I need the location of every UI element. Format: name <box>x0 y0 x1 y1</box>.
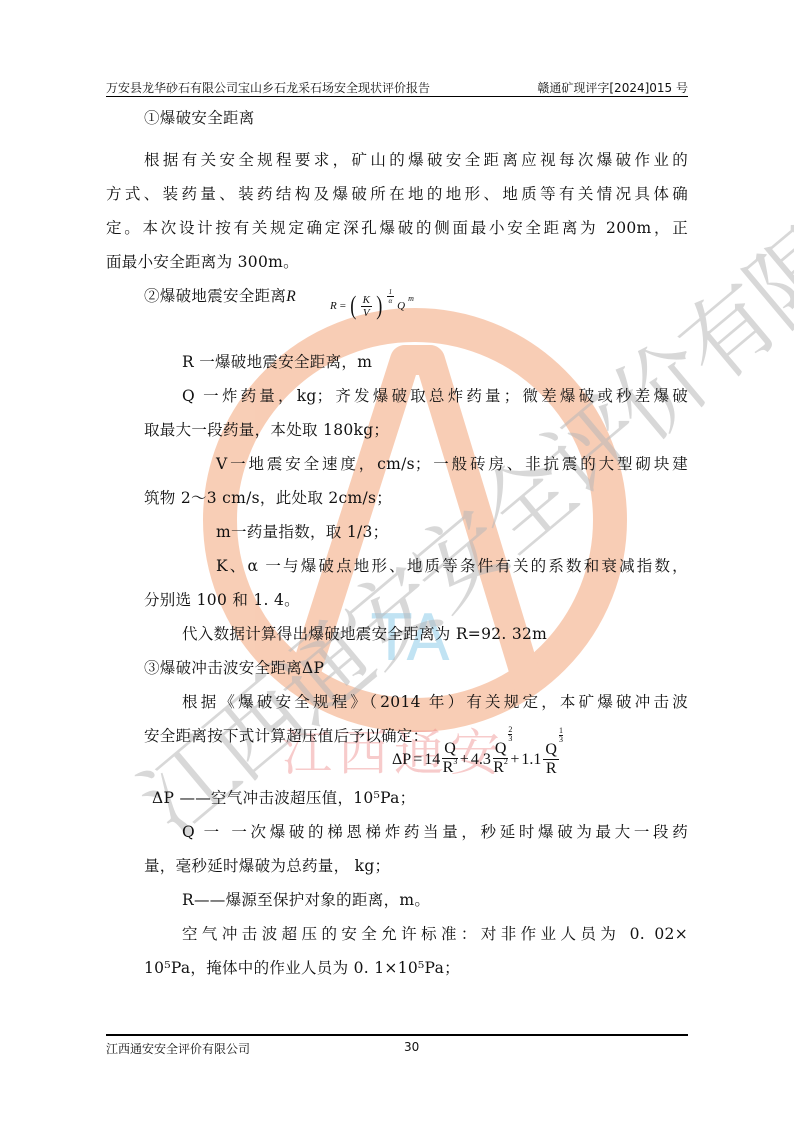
formula-q: Q <box>397 300 405 312</box>
numerator: Q13 <box>543 741 559 760</box>
exp-den: 3 <box>559 736 563 744</box>
footer-divider <box>106 1034 688 1036</box>
exp-den: 3 <box>508 735 512 743</box>
fraction-k-over-v: K V <box>361 294 372 319</box>
paragraph-line: 安全距离按下式计算超压值后予以确定： <box>144 726 428 746</box>
formula-equals: = <box>340 300 346 312</box>
term-2-fraction: Q23 R2 <box>493 740 509 779</box>
formula-q-exponent: m <box>408 294 414 303</box>
seismic-distance-formula: R = ( K V ) 1 α Qm <box>330 293 414 319</box>
definition-line: ΔP ——空气冲击波超压值，10⁵Pa； <box>152 788 415 808</box>
denominator: R2 <box>493 759 508 779</box>
numerator-exponent: 13 <box>559 727 563 744</box>
plus-sign: + <box>510 751 519 769</box>
definition-line: Q 一炸药量，kg；齐发爆破取总炸药量；微差爆破或秒差爆破 <box>106 386 688 406</box>
definition-line: 取最大一段药量，本处取 180kg； <box>144 420 389 440</box>
page-footer: 江西通安安全评价有限公司 30 <box>106 1040 688 1058</box>
coefficient-2: 4.3 <box>471 751 491 769</box>
definition-line: K、α 一与爆破点地形、地质等条件有关的系数和衰减指数， <box>106 556 688 576</box>
denominator: R <box>546 760 557 778</box>
definition-line: 筑物 2～3 cm/s，此处取 2cm/s； <box>144 488 392 508</box>
section-heading-shockwave-safety-distance: ③爆破冲击波安全距离ΔP <box>144 658 324 678</box>
report-title: 万安县龙华砂石有限公司宝山乡石龙采石场安全现状评价报告 <box>106 79 430 96</box>
paragraph-line: 定。本次设计按有关规定确定深孔爆破的侧面最小安全距离为 200m，正 <box>106 218 688 238</box>
numerator-base: Q <box>495 740 507 757</box>
footer-company: 江西通安安全评价有限公司 <box>106 1040 250 1057</box>
document-page: TA 江西通安 江西通安安全评价有限公司 万安县龙华砂石有限公司宝山乡石龙采石场… <box>0 0 794 1123</box>
paragraph-line: 根据有关安全规程要求，矿山的爆破安全距离应视每次爆破作业的 <box>106 150 688 170</box>
page-header: 万安县龙华砂石有限公司宝山乡石龙采石场安全现状评价报告 赣通矿现评字[2024]… <box>106 76 688 96</box>
denominator-exponent: 2 <box>504 757 508 766</box>
heading-variable: R <box>286 288 296 305</box>
document-number: 赣通矿现评字[2024]015 号 <box>537 79 688 96</box>
definition-line: 10⁵Pa，掩体中的作业人员为 0. 1×10⁵Pa； <box>144 958 460 978</box>
denominator-base: R <box>493 759 504 776</box>
term-1-fraction: Q R3 <box>442 740 458 779</box>
paragraph-line: 根据《爆破安全规程》（2014 年）有关规定，本矿爆破冲击波 <box>106 692 688 712</box>
denominator: R3 <box>443 759 458 779</box>
numerator-exponent: 23 <box>508 726 512 743</box>
exponent-numerator: 1 <box>387 288 395 297</box>
numerator-base: Q <box>545 741 557 758</box>
section-heading-seismic-safety-distance: ②爆破地震安全距离R <box>144 286 296 307</box>
watermark-logo-ring <box>220 325 610 715</box>
definition-line: V一地震安全速度，cm/s；一般砖房、非抗震的大型砌块建 <box>106 454 688 474</box>
section-heading-blast-safety-distance: ①爆破安全距离 <box>144 108 255 128</box>
definition-line: R——爆源至保护对象的距离，m。 <box>182 890 430 910</box>
close-paren: ) <box>376 293 382 319</box>
definition-line: m一药量指数，取 1/3； <box>216 522 388 542</box>
numerator: K <box>361 294 372 307</box>
denominator-exponent: 3 <box>453 757 457 766</box>
formula-lhs: R <box>330 300 337 312</box>
definition-line: Q 一 一次爆破的梯恩梯炸药当量，秒延时爆破为最大一段药 <box>106 822 688 842</box>
formula-equals: = <box>413 751 422 769</box>
page-number: 30 <box>404 1040 419 1054</box>
definition-line: R 一爆破地震安全距离，m <box>182 352 372 372</box>
paragraph-line: 面最小安全距离为 300m。 <box>106 252 299 272</box>
coefficient-3: 1.1 <box>521 751 541 769</box>
result-line: 代入数据计算得出爆破地震安全距离为 R=92. 32m <box>182 624 547 644</box>
term-3-fraction: Q13 R <box>543 741 559 778</box>
plus-sign: + <box>460 751 469 769</box>
definition-line: 空气冲击波超压的安全允许标准：对非作业人员为 0. 02× <box>106 924 688 944</box>
denominator-base: R <box>443 759 454 776</box>
denominator: V <box>363 307 370 319</box>
header-divider <box>106 96 688 97</box>
paragraph-line: 方式、装药量、装药结构及爆破所在地的地形、地质等有关情况具体确 <box>106 184 688 204</box>
definition-line: 量，毫秒延时爆破为总药量， kg； <box>144 856 390 876</box>
open-paren: ( <box>350 293 356 319</box>
coefficient-1: 14 <box>424 751 440 769</box>
exponent-denominator: α <box>389 297 393 305</box>
exponent-fraction: 1 α <box>387 288 395 305</box>
formula-lhs: ΔP <box>392 751 411 769</box>
definition-line: 分别选 100 和 1. 4。 <box>144 590 300 610</box>
heading-text: ②爆破地震安全距离 <box>144 287 286 305</box>
